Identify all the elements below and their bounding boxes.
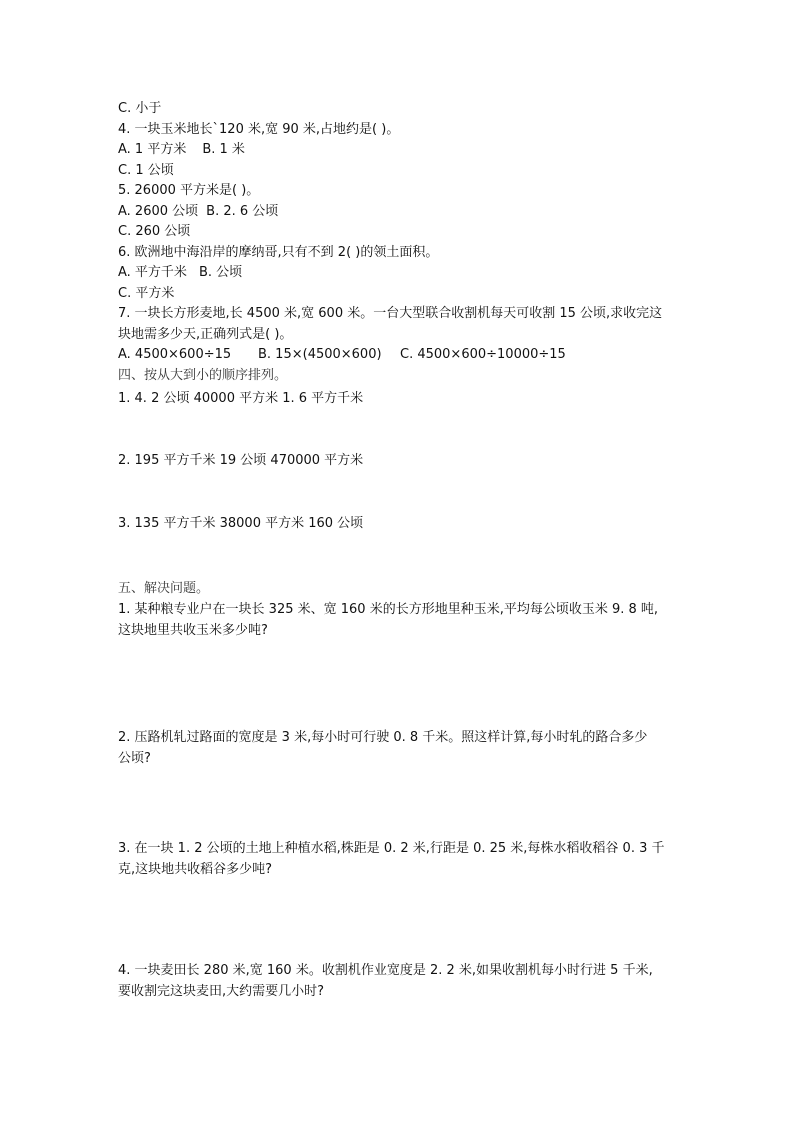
section-4-item-3: 3. 135 平方千米 38000 平方米 160 公顷: [118, 514, 363, 534]
q7-option-b: B. 15×(4500×600): [258, 345, 400, 365]
problem-4-line2: 要收割完这块麦田,大约需要几小时?: [118, 982, 324, 1002]
q5-option-a: A. 2600 公顷: [118, 202, 198, 222]
problem-4-line1: 4. 一块麦田长 280 米,宽 160 米。收割机作业宽度是 2. 2 米,如…: [118, 961, 653, 981]
q6-options-row1: A. 平方千米B. 公顷: [118, 263, 242, 283]
q6-option-b: B. 公顷: [199, 263, 242, 283]
q3-option-c: C. 小于: [118, 99, 161, 119]
q5-option-b: B. 2. 6 公顷: [206, 202, 278, 222]
problem-2-line2: 公顷?: [118, 749, 151, 769]
section-5-title: 五、解决问题。: [118, 579, 209, 599]
problem-1-line1: 1. 某种粮专业户在一块长 325 米、宽 160 米的长方形地里种玉米,平均每…: [118, 600, 658, 620]
q4-stem: 4. 一块玉米地长`120 米,宽 90 米,占地约是( )。: [118, 120, 399, 140]
q7-option-c: C. 4500×600÷10000÷15: [400, 345, 566, 365]
q7-option-a: A. 4500×600÷15: [118, 345, 258, 365]
q4-option-c: C. 1 公顷: [118, 161, 174, 181]
q4-option-b: B. 1 米: [202, 140, 245, 160]
section-4-item-2: 2. 195 平方千米 19 公顷 470000 平方米: [118, 451, 363, 471]
q5-stem: 5. 26000 平方米是( )。: [118, 181, 259, 201]
q7-options: A. 4500×600÷15B. 15×(4500×600)C. 4500×60…: [118, 345, 566, 365]
q7-stem-line1: 7. 一块长方形麦地,长 4500 米,宽 600 米。一台大型联合收割机每天可…: [118, 304, 662, 324]
problem-2-line1: 2. 压路机轧过路面的宽度是 3 米,每小时可行驶 0. 8 千米。照这样计算,…: [118, 728, 647, 748]
section-4-item-1: 1. 4. 2 公顷 40000 平方米 1. 6 平方千米: [118, 389, 363, 409]
q5-option-c: C. 260 公顷: [118, 222, 190, 242]
section-4-title: 四、按从大到小的顺序排列。: [118, 366, 287, 386]
q6-stem: 6. 欧洲地中海沿岸的摩纳哥,只有不到 2( )的领土面积。: [118, 243, 438, 263]
problem-3-line2: 克,这块地共收稻谷多少吨?: [118, 860, 272, 880]
q5-options-row1: A. 2600 公顷B. 2. 6 公顷: [118, 202, 278, 222]
problem-1-line2: 这块地里共收玉米多少吨?: [118, 621, 268, 641]
q7-stem-line2: 块地需多少天,正确列式是( )。: [118, 325, 292, 345]
q6-option-c: C. 平方米: [118, 284, 174, 304]
q4-options-row1: A. 1 平方米B. 1 米: [118, 140, 245, 160]
problem-3-line1: 3. 在一块 1. 2 公顷的土地上种植水稻,株距是 0. 2 米,行距是 0.…: [118, 839, 665, 859]
q6-option-a: A. 平方千米: [118, 263, 187, 283]
q4-option-a: A. 1 平方米: [118, 140, 186, 160]
